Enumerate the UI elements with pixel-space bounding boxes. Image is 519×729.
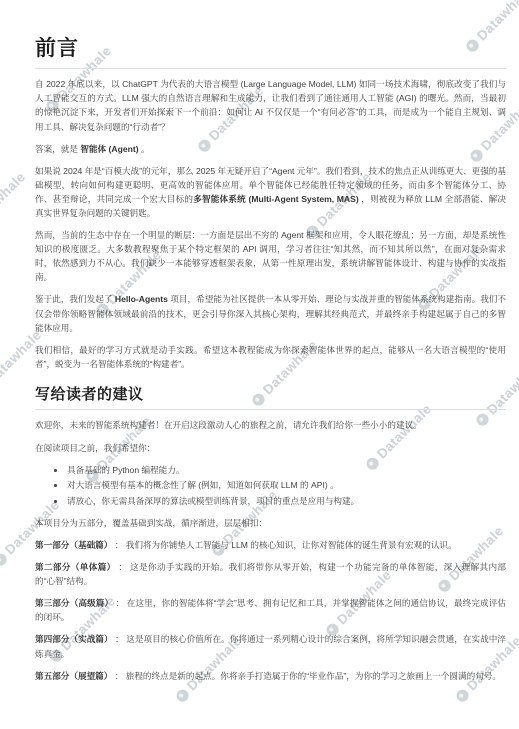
text: 对大语言模型有基本的概念性了解 (例如，知道如何获取 LLM 的 API) 。 [67,480,339,490]
paragraph: 第四部分（实战篇） ： 这是项目的核心价值所在。你将通过一系列精心设计的综合案例… [35,632,506,660]
section: 写给读者的建议欢迎你，未来的智能系统构建者！在开启这段激动人心的旅程之前，请允许… [35,385,506,683]
paragraph: 本项目分为五部分，覆盖基础到实战，循序渐进，层层相扣： [35,516,506,530]
text: 欢迎你，未来的智能系统构建者！在开启这段激动人心的旅程之前，请允许我们给你一些小… [35,420,422,430]
bold-text: 第一部分（基础篇） [35,540,112,550]
list-item: 对大语言模型有基本的概念性了解 (例如，知道如何获取 LLM 的 API) 。 [66,478,506,492]
document-page: DatawhaleDatawhaleDatawhaleDatawhaleData… [0,0,519,729]
text: 我们相信，最好的学习方式就是动手实践。希望这本教程能成为你探索智能体世界的起点，… [35,345,506,369]
text: ： 旅程的终点是新的起点。你将亲手打造属于你的“毕业作品”，为你的学习之旅画上一… [112,671,501,681]
paragraph: 第五部分（展望篇） ： 旅程的终点是新的起点。你将亲手打造属于你的“毕业作品”，… [35,669,506,683]
bold-text: 多智能体系统 (Multi-Agent System, MAS) [193,194,359,204]
paragraph: 然而，当前的生态中存在一个明显的断层：一方面是层出不穷的 Agent 框架和应用… [35,228,506,284]
text: 请放心，你无需具备深厚的算法或模型训练背景，项目的重点是应用与构建。 [67,496,359,506]
paragraph: 如果说 2024 年是“百模大战”的元年，那么 2025 年无疑开启了“Agen… [35,164,506,220]
paragraph: 自 2022 年底以来，以 ChatGPT 为代表的大语言模型 (Large L… [35,77,506,133]
document-content: 前言自 2022 年底以来，以 ChatGPT 为代表的大语言模型 (Large… [0,0,519,683]
text: 在阅读项目之前，我们希望你： [35,443,155,453]
bullet-list: 具备基础的 Python 编程能力。对大语言模型有基本的概念性了解 (例如，知道… [35,463,506,508]
text: 。 [139,144,150,154]
text: 本项目分为五部分，覆盖基础到实战，循序渐进，层层相扣： [35,518,267,528]
bold-text: Hello-Agents [115,294,168,304]
section: 前言自 2022 年底以来，以 ChatGPT 为代表的大语言模型 (Large… [35,36,506,371]
bold-text: 第四部分（实战篇） [35,634,113,644]
section-heading: 写给读者的建议 [35,385,506,411]
paragraph: 鉴于此，我们发起了 Hello-Agents 项目，希望能为社区提供一本从零开始… [35,292,506,334]
text: 答案，就是 [35,144,80,154]
bold-text: 第二部分（单体篇） [35,562,116,572]
datawhale-logo-icon [454,687,471,704]
list-item: 具备基础的 Python 编程能力。 [66,463,506,477]
paragraph: 答案，就是 智能体 (Agent) 。 [35,142,506,156]
paragraph: 第二部分（单体篇） ： 这是你动手实践的开始。我们将带你从零开始，构建一个功能完… [35,560,506,588]
text: ： 我们将为你铺垫人工智能与 LLM 的核心知识，让你对智能体的诞生背景有宏观的… [112,540,456,550]
bold-text: 智能体 (Agent) [80,144,138,154]
list-item: 请放心，你无需具备深厚的算法或模型训练背景，项目的重点是应用与构建。 [66,494,506,508]
section-heading: 前言 [35,36,506,69]
paragraph: 在阅读项目之前，我们希望你： [35,441,506,455]
paragraph: 第三部分（高级篇） ： 在这里，你的智能体将“学会”思考、拥有记忆和工具，并掌握… [35,596,506,624]
text: 鉴于此，我们发起了 [35,294,115,304]
text: 具备基础的 Python 编程能力。 [67,465,184,475]
bold-text: 第三部分（高级篇） [35,598,113,608]
text: 然而，当前的生态中存在一个明显的断层：一方面是层出不穷的 Agent 框架和应用… [35,230,506,282]
datawhale-logo-icon [174,687,191,704]
text: 自 2022 年底以来，以 ChatGPT 为代表的大语言模型 (Large L… [35,79,506,131]
bold-text: 第五部分（展望篇） [35,671,112,681]
paragraph: 欢迎你，未来的智能系统构建者！在开启这段激动人心的旅程之前，请允许我们给你一些小… [35,418,506,432]
paragraph: 我们相信，最好的学习方式就是动手实践。希望这本教程能成为你探索智能体世界的起点，… [35,343,506,371]
paragraph: 第一部分（基础篇） ： 我们将为你铺垫人工智能与 LLM 的核心知识，让你对智能… [35,538,506,552]
